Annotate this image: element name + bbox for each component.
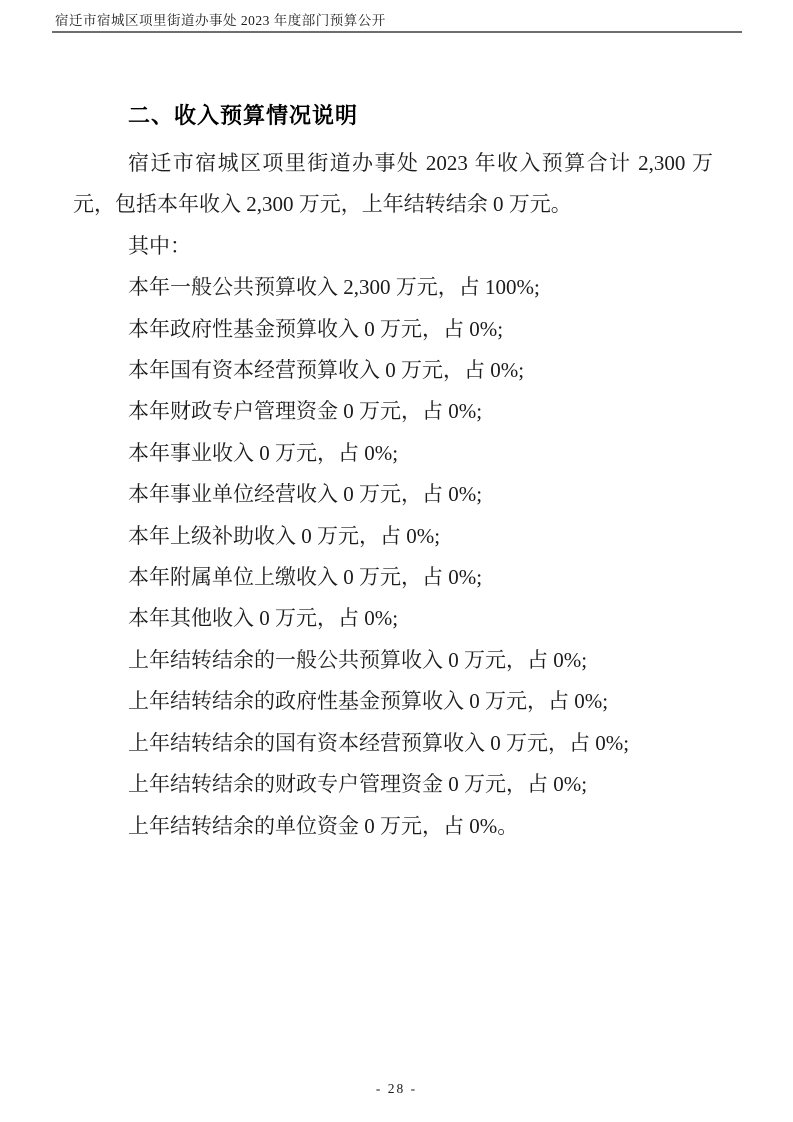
budget-line: 上年结转结余的财政专户管理资金 0 万元，占 0%;	[73, 764, 713, 805]
budget-line: 本年事业单位经营收入 0 万元，占 0%;	[73, 474, 713, 515]
budget-line: 上年结转结余的单位资金 0 万元，占 0%。	[73, 806, 713, 847]
document-body: 二、收入预算情况说明 宿迁市宿城区项里街道办事处 2023 年收入预算合计 2,…	[73, 95, 713, 847]
intro-line-1: 宿迁市宿城区项里街道办事处 2023 年收入预算合计 2,300 万	[73, 143, 713, 184]
section-heading: 二、收入预算情况说明	[73, 95, 713, 137]
budget-line: 上年结转结余的一般公共预算收入 0 万元，占 0%;	[73, 640, 713, 681]
budget-line: 本年事业收入 0 万元，占 0%;	[73, 433, 713, 474]
budget-line: 本年其他收入 0 万元，占 0%;	[73, 598, 713, 639]
budget-line: 其中：	[73, 226, 713, 267]
budget-line: 本年上级补助收入 0 万元，占 0%;	[73, 516, 713, 557]
budget-line: 上年结转结余的政府性基金预算收入 0 万元，占 0%;	[73, 681, 713, 722]
header-title: 宿迁市宿城区项里街道办事处 2023 年度部门预算公开	[52, 13, 742, 31]
budget-line: 本年一般公共预算收入 2,300 万元，占 100%;	[73, 267, 713, 308]
budget-line: 本年附属单位上缴收入 0 万元，占 0%;	[73, 557, 713, 598]
budget-line: 本年财政专户管理资金 0 万元，占 0%;	[73, 391, 713, 432]
page-header: 宿迁市宿城区项里街道办事处 2023 年度部门预算公开	[52, 0, 742, 33]
budget-line: 本年国有资本经营预算收入 0 万元，占 0%;	[73, 350, 713, 391]
budget-line: 上年结转结余的国有资本经营预算收入 0 万元，占 0%;	[73, 723, 713, 764]
page-number: - 28 -	[376, 1081, 417, 1096]
page-footer: - 28 -	[0, 1080, 793, 1098]
intro-paragraph: 宿迁市宿城区项里街道办事处 2023 年收入预算合计 2,300 万 元，包括本…	[73, 143, 713, 226]
document-page: { "header": { "title": "宿迁市宿城区项里街道办事处 20…	[0, 0, 793, 1122]
intro-line-2: 元，包括本年收入 2,300 万元，上年结转结余 0 万元。	[73, 184, 713, 225]
budget-line: 本年政府性基金预算收入 0 万元，占 0%;	[73, 309, 713, 350]
header-rule	[52, 31, 742, 33]
